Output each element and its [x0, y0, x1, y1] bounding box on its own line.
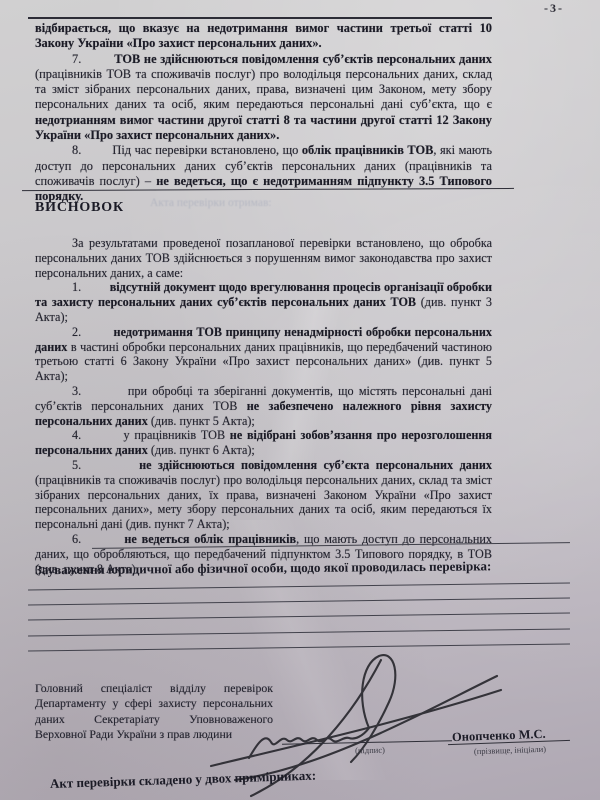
conclusion-item-5: 5. не здійснюються повідомлення суб’єкта…: [35, 458, 492, 532]
separator-line: [28, 17, 492, 19]
paragraph-continuation: відбирається, що вказує на недотримання …: [35, 21, 492, 52]
blank-line: [28, 612, 570, 620]
conclusion-heading: ВИСНОВОК: [35, 200, 124, 216]
conclusion-item-1: 1. відсутній документ щодо врегулювання …: [35, 280, 492, 324]
item-8: 8. Під час перевірки встановлено, що обл…: [35, 143, 492, 204]
top-text-block: відбирається, що вказує на недотримання …: [35, 21, 492, 205]
item-7: 7. ТОВ не здійснюються повідомлення суб’…: [35, 52, 492, 144]
blank-line: [28, 582, 570, 590]
signature-caption: (підпис): [320, 744, 420, 756]
bleed-through-text: Акта перевірки отримав:: [150, 197, 272, 209]
blank-line: [28, 628, 570, 636]
conclusion-item-3: 3. при обробці та зберіганні документів,…: [35, 384, 492, 428]
conclusion-block: За результатами проведеної позапланової …: [35, 236, 492, 576]
page-number: -3-: [544, 1, 564, 16]
conclusion-intro: За результатами проведеної позапланової …: [35, 236, 492, 280]
conclusion-item-4: 4. у працівників ТОВ не відібрані зобов’…: [35, 428, 492, 458]
conclusion-item-2: 2. недотримання ТОВ принципу ненадмірнос…: [35, 325, 492, 384]
blank-line: [28, 597, 570, 605]
